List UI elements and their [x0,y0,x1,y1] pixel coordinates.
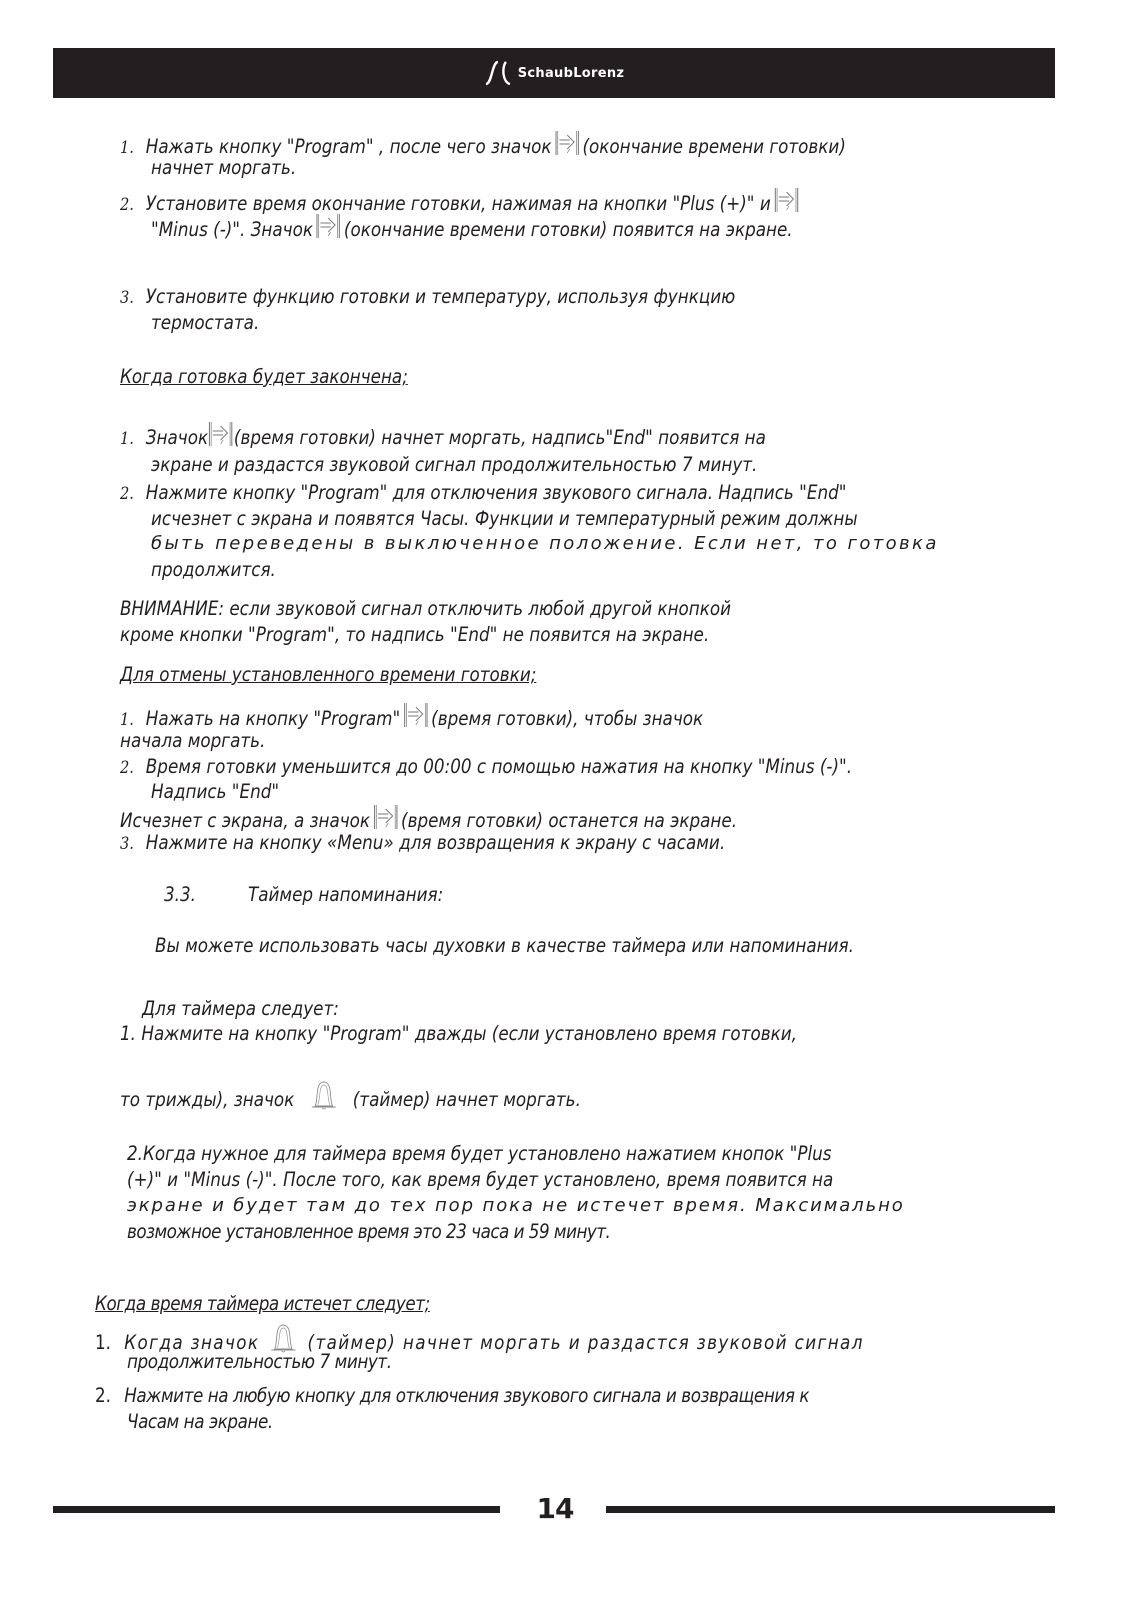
timer-step-1: 1. Нажмите на кнопку "Program" дважды (е… [120,1021,797,1047]
footer-rule-left [53,1506,500,1513]
warning-line-2: кроме кнопки "Program", то надпись "End"… [120,622,709,648]
cancel-step-2-cont: Надпись "End" [151,779,279,805]
end-time-step-1-cont: начнет моргать. [151,155,296,181]
section-title-timer: Таймер напоминания: [248,882,443,908]
footer-rule-right [606,1506,1055,1513]
brand-name: SchaubLorenz [518,66,625,81]
expire-step-1-cont: продолжительностью 7 минут. [127,1349,392,1375]
warning-line-1: ВНИМАНИЕ: если звуковой сигнал отключить… [120,596,731,622]
schaub-lorenz-logo-icon [484,60,514,86]
cancel-step-1-cont: начала моргать. [120,728,265,754]
done-step-1-cont: экране и раздастся звуковой сигнал продо… [151,452,757,478]
section-heading-done: Когда готовка будет закончена; [120,364,408,390]
end-of-cooking-icon [554,130,580,156]
end-of-cooking-icon [403,702,429,728]
timer-step-2-line-2: (+)" и "Minus (-)". После того, как врем… [127,1167,833,1193]
section-number: 3.3. [164,882,196,908]
timer-step-2-line-1: 2.Когда нужное для таймера время будет у… [127,1141,832,1167]
timer-step-1-cont: то трижды), значок(таймер) начнет моргат… [120,1080,581,1113]
expire-step-2: 2.Нажмите на любую кнопку для отключения… [95,1383,809,1409]
end-of-cooking-icon [208,421,234,447]
end-of-cooking-icon [773,187,799,213]
brand-header: SchaubLorenz [53,48,1055,98]
cancel-step-2: 2.Время готовки уменьшится до 00:00 с по… [120,754,852,781]
timer-step-2-line-3: экране и будет там до тех пор пока не ис… [127,1193,905,1219]
timer-subheading: Для таймера следует: [142,996,339,1022]
done-step-2-line-4: продолжится. [151,557,276,583]
done-step-2-line-2: исчезнет с экрана и появятся Часы. Функц… [151,506,858,532]
done-step-1: 1.Значок(время готовки) начнет моргать, … [120,421,766,452]
end-of-cooking-icon [373,804,399,830]
section-heading-cancel: Для отмены установленного времени готовк… [120,662,536,688]
page-number: 14 [532,1492,578,1525]
end-of-cooking-icon [316,213,342,239]
cancel-step-3: 3.Нажмите на кнопку «Menu» для возвращен… [120,830,725,857]
expire-step-2-cont: Часам на экране. [127,1409,273,1435]
done-step-2: 2.Нажмите кнопку "Program" для отключени… [120,480,846,507]
end-time-step-2-cont: "Minus (-)". Значок(окончание времени го… [151,213,793,243]
bell-timer-icon [308,1080,339,1110]
end-time-step-3-cont: термостата. [151,310,259,336]
end-time-step-3: 3.Установите функцию готовки и температу… [120,284,735,311]
timer-intro: Вы можете использовать часы духовки в ка… [155,933,854,959]
brand-logo: SchaubLorenz [484,60,625,86]
timer-step-2-line-4: возможное установленное время это 23 час… [127,1219,610,1245]
section-heading-expire: Когда время таймера истечет следует; [95,1291,430,1317]
done-step-2-line-3: быть переведены в выключенное положение.… [151,531,939,557]
